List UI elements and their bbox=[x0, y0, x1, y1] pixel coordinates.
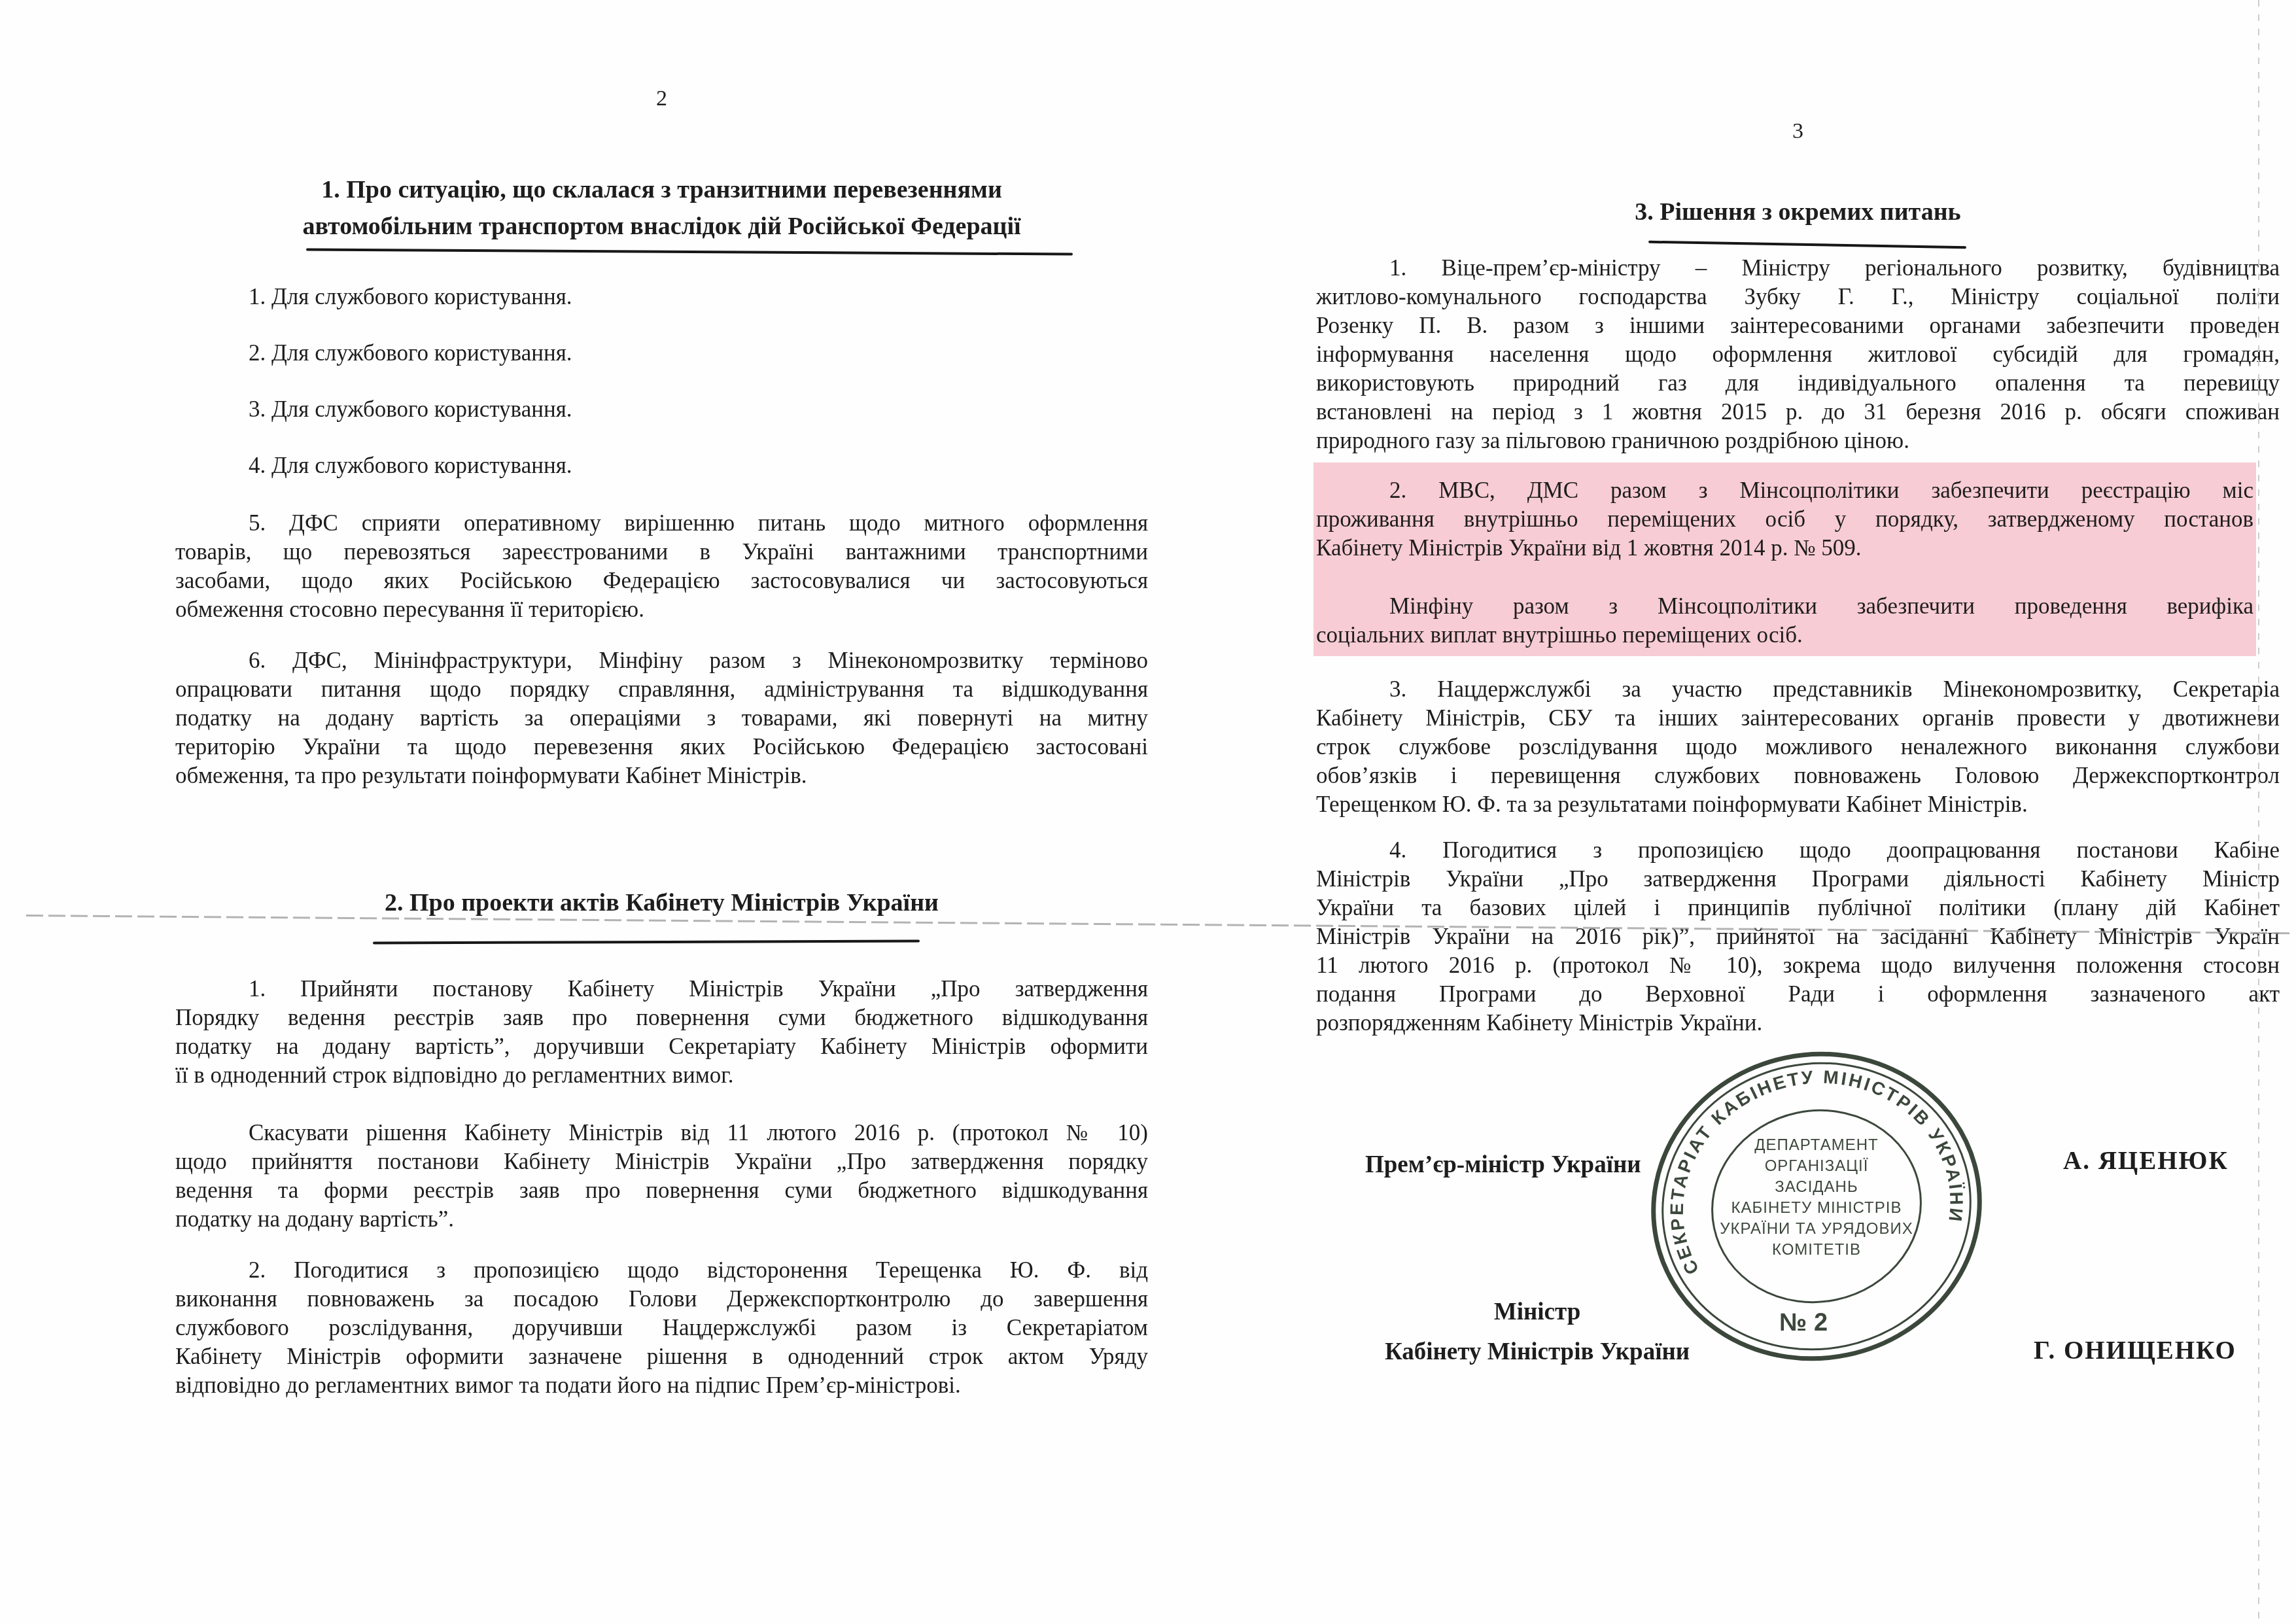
section-2-paragraph-1: 1. Прийняти постанову Кабінету Міністрів… bbox=[175, 975, 1148, 1090]
text-line: Кабінету Міністрів оформити зазначене рі… bbox=[175, 1342, 1148, 1371]
heading-underline bbox=[1648, 241, 1966, 249]
text-line: обмеження, та про результати поінформува… bbox=[175, 761, 1148, 790]
stamp-number: № 2 bbox=[1779, 1309, 1828, 1336]
text-line: податку на додану вартість”. bbox=[175, 1205, 1148, 1234]
pm-signature-name: А. ЯЦЕНЮК bbox=[2063, 1146, 2229, 1176]
text-line: Мінфіну разом з Мінсоцполітики забезпечи… bbox=[1316, 592, 2253, 621]
page-number: 3 bbox=[1316, 119, 2280, 144]
text-line: природного газу за пільговою граничною р… bbox=[1316, 427, 2280, 455]
section-2-heading: 2. Про проекти актів Кабінету Міністрів … bbox=[175, 884, 1148, 921]
text-line: інформування населення щодо оформлення ж… bbox=[1316, 340, 2280, 369]
section-3-paragraph-1: 1. Віце-прем’єр-міністру – Міністру регі… bbox=[1316, 254, 2280, 455]
pink-highlight-block: 2. МВС, ДМС разом з Мінсоцполітики забез… bbox=[1313, 462, 2256, 656]
text-line: житлово-комунального господарства Зубку … bbox=[1316, 283, 2280, 311]
text-line: України та базових цілей і принципів пуб… bbox=[1316, 894, 2280, 922]
page-2: 2 1. Про ситуацію, що склалася з транзит… bbox=[175, 0, 1148, 1623]
item-3: 3. Для службового користування. bbox=[175, 395, 1148, 424]
text-line: 2. Погодитися з пропозицією щодо відстор… bbox=[175, 1256, 1148, 1285]
text-line: використовують природний газ для індивід… bbox=[1316, 369, 2280, 398]
text-line: Кабінету Міністрів, СБУ та інших заінтер… bbox=[1316, 704, 2280, 733]
pm-signature-title: Прем’єр-міністр України bbox=[1365, 1145, 1641, 1185]
item-2: 2. Для службового користування. bbox=[175, 339, 1148, 368]
heading-underline bbox=[373, 940, 920, 945]
text-line: службового розслідування, доручивши Нацд… bbox=[175, 1314, 1148, 1342]
text-line: 1. Прийняти постанову Кабінету Міністрів… bbox=[175, 975, 1148, 1003]
text-line: Розенку П. В. разом з іншими заінтересов… bbox=[1316, 311, 2280, 340]
text-line: 2. МВС, ДМС разом з Мінсоцполітики забез… bbox=[1316, 476, 2253, 505]
text-line: щодо прийняття постанови Кабінету Мініст… bbox=[175, 1147, 1148, 1176]
text-line: територію України та щодо перевезення як… bbox=[175, 733, 1148, 761]
paper-edge-line bbox=[2258, 0, 2259, 1623]
text-line: проживання внутрішньо переміщених осіб у… bbox=[1316, 505, 2253, 534]
stamp-center-line: КОМІТЕТІВ bbox=[1772, 1241, 1861, 1259]
item-6-paragraph: 6. ДФС, Мінінфраструктури, Мінфіну разом… bbox=[175, 646, 1148, 790]
text-line: засобами, щодо яких Російською Федераціє… bbox=[175, 567, 1148, 595]
section-2-paragraph-3: 2. Погодитися з пропозицією щодо відстор… bbox=[175, 1256, 1148, 1400]
minister-signature-name: Г. ОНИЩЕНКО bbox=[2034, 1336, 2236, 1365]
text-line: обмеження стосовно пересування її терито… bbox=[175, 595, 1148, 624]
section-1-heading-line-2: автомобільним транспортом внаслідок дій … bbox=[175, 208, 1148, 245]
scanned-document: 2 1. Про ситуацію, що склалася з транзит… bbox=[0, 0, 2296, 1623]
section-2-paragraph-2: Скасувати рішення Кабінету Міністрів від… bbox=[175, 1119, 1148, 1234]
stamp-center-line: ДЕПАРТАМЕНТ bbox=[1754, 1136, 1878, 1154]
stamp-center-line: УКРАЇНИ ТА УРЯДОВИХ bbox=[1720, 1220, 1913, 1238]
highlighted-paragraph-1: 2. МВС, ДМС разом з Мінсоцполітики забез… bbox=[1316, 476, 2253, 563]
text-line: 11 лютого 2016 р. (протокол № 10), зокре… bbox=[1316, 951, 2280, 980]
minister-title-line-2: Кабінету Міністрів України bbox=[1358, 1332, 1716, 1372]
text-line: встановлені на період з 1 жовтня 2015 р.… bbox=[1316, 398, 2280, 427]
text-line: соціальних виплат внутрішньо переміщених… bbox=[1316, 621, 2253, 650]
text-line: відповідно до регламентних вимог та пода… bbox=[175, 1371, 1148, 1400]
text-line: податку на додану вартість”, доручивши С… bbox=[175, 1032, 1148, 1061]
item-1: 1. Для службового користування. bbox=[175, 283, 1148, 311]
text-line: 6. ДФС, Мінінфраструктури, Мінфіну разом… bbox=[175, 646, 1148, 675]
text-line: Кабінету Міністрів України від 1 жовтня … bbox=[1316, 534, 2253, 563]
text-line: ведення та форми реєстрів заяв про повер… bbox=[175, 1176, 1148, 1205]
text-line: 1. Віце-прем’єр-міністру – Міністру регі… bbox=[1316, 254, 2280, 283]
stamp-center-line: ЗАСІДАНЬ bbox=[1775, 1178, 1858, 1196]
text-line: 3. Нацдержслужбі за участю представників… bbox=[1316, 675, 2280, 704]
item-5-paragraph: 5. ДФС сприяти оперативному вирішенню пи… bbox=[175, 509, 1148, 624]
page-number: 2 bbox=[175, 86, 1148, 111]
heading-underline bbox=[306, 248, 1073, 255]
text-line: виконання повноважень за посадою Голови … bbox=[175, 1285, 1148, 1314]
minister-signature-title: Міністр Кабінету Міністрів України bbox=[1358, 1292, 1716, 1372]
stamp-center-line: КАБІНЕТУ МІНІСТРІВ bbox=[1731, 1199, 1902, 1217]
section-1-heading-line-1: 1. Про ситуацію, що склалася з транзитни… bbox=[175, 171, 1148, 208]
text-line: Міністрів України „Про затвердження Прог… bbox=[1316, 865, 2280, 894]
text-line: Порядку ведення реєстрів заяв про поверн… bbox=[175, 1003, 1148, 1032]
text-line: Скасувати рішення Кабінету Міністрів від… bbox=[175, 1119, 1148, 1147]
text-line: Терещенком Ю. Ф. та за результатами поін… bbox=[1316, 790, 2280, 819]
section-3-paragraph-3: 3. Нацдержслужбі за участю представників… bbox=[1316, 675, 2280, 819]
text-line: 1. Для службового користування. bbox=[175, 283, 1148, 311]
text-line: подання Програми до Верховної Ради і офо… bbox=[1316, 980, 2280, 1009]
text-line: розпорядженням Кабінету Міністрів Україн… bbox=[1316, 1009, 2280, 1038]
section-3-paragraph-4: 4. Погодитися з пропозицією щодо доопрац… bbox=[1316, 836, 2280, 1038]
text-line: 4. Погодитися з пропозицією щодо доопрац… bbox=[1316, 836, 2280, 865]
text-line: опрацювати питання щодо порядку справлян… bbox=[175, 675, 1148, 704]
highlighted-paragraph-2: Мінфіну разом з Мінсоцполітики забезпечи… bbox=[1316, 592, 2253, 650]
text-line: її в одноденний строк відповідно до регл… bbox=[175, 1061, 1148, 1090]
section-1-heading: 1. Про ситуацію, що склалася з транзитни… bbox=[175, 171, 1148, 245]
text-line: 4. Для службового користування. bbox=[175, 451, 1148, 480]
text-line: товарів, що перевозяться зареєстрованими… bbox=[175, 538, 1148, 567]
text-line: податку на додану вартість за операціями… bbox=[175, 704, 1148, 733]
text-line: обов’язків і перевищення службових повно… bbox=[1316, 761, 2280, 790]
page-3: 3 3. Рішення з окремих питань 1. Віце-пр… bbox=[1316, 0, 2280, 1623]
stamp-center-line: ОРГАНІЗАЦІЇ bbox=[1765, 1157, 1869, 1175]
text-line: 3. Для службового користування. bbox=[175, 395, 1148, 424]
text-line: 2. Для службового користування. bbox=[175, 339, 1148, 368]
text-line: строк службове розслідування щодо можлив… bbox=[1316, 733, 2280, 761]
text-line: 5. ДФС сприяти оперативному вирішенню пи… bbox=[175, 509, 1148, 538]
section-3-heading: 3. Рішення з окремих питань bbox=[1316, 194, 2280, 230]
item-4: 4. Для службового користування. bbox=[175, 451, 1148, 480]
